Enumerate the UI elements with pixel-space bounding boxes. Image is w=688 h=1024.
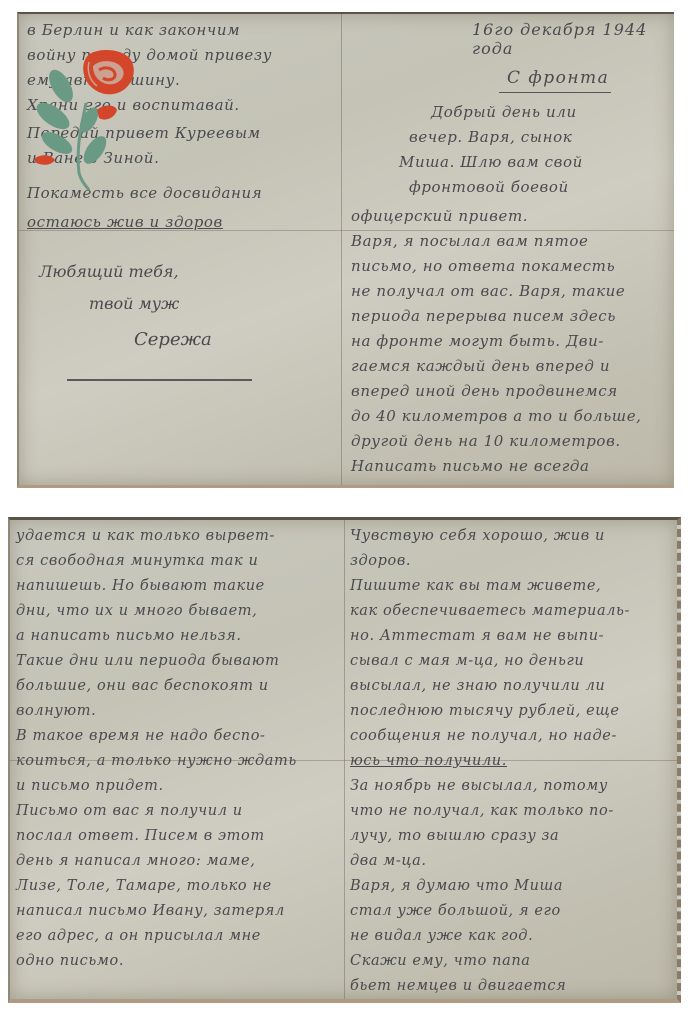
text-line: Чувствую себя хорошо, жив и <box>350 524 675 549</box>
text-line: письмо, но ответа покаместь <box>351 254 671 279</box>
heading-underline <box>499 92 611 93</box>
text-line: Добрый день или <box>409 100 669 125</box>
fold-line-vertical <box>341 14 342 485</box>
text-line: Письмо от вас я получил и <box>16 799 341 824</box>
text-line: но. Аттестат я вам не выпи- <box>350 624 675 649</box>
text-line: его адрес, а он присылал мне <box>16 924 341 949</box>
text-line: периода перерыва писем здесь <box>351 304 671 329</box>
text-line: стал уже большой, я его <box>350 899 675 924</box>
top-right-text-block: офицерский привет. Варя, я посылал вам п… <box>351 204 671 479</box>
text-line: большие, они вас беспокоят и <box>16 674 341 699</box>
bottom-right-text-block: Чувствую себя хорошо, жив и здоров. Пиши… <box>350 524 675 999</box>
text-line: высылал, не знаю получили ли <box>350 674 675 699</box>
text-line: вперед иной день продвинемся <box>351 379 671 404</box>
letter-page-bottom: удается и как только вырвет- ся свободна… <box>8 517 681 1003</box>
text-line: сывал с мая м-ца, но деньги <box>350 649 675 674</box>
text-line: послал ответ. Писем в этот <box>16 824 341 849</box>
text-line: одно письмо. <box>16 949 341 974</box>
letter-heading: С фронта <box>507 68 609 88</box>
text-line: до 40 километров а то и больше, <box>351 404 671 429</box>
text-line: удается и как только вырвет- <box>16 524 341 549</box>
text-line: два м-ца. <box>350 849 675 874</box>
bottom-left-text-block: удается и как только вырвет- ся свободна… <box>16 524 341 974</box>
text-line: фронтовой боевой <box>409 175 669 200</box>
signature-closing: Любящий тебя, <box>39 262 179 281</box>
text-line: ся свободная минутка так и <box>16 549 341 574</box>
signature-underline <box>67 379 252 381</box>
text-line: написал письмо Ивану, затерял <box>16 899 341 924</box>
text-line: В такое время не надо беспо- <box>16 724 341 749</box>
text-line: бьет немцев и двигается <box>350 974 675 999</box>
text-line: Написать письмо не всегда <box>351 454 671 479</box>
text-line: Пишите как вы там живете, <box>350 574 675 599</box>
rose-icon <box>31 48 141 193</box>
text-line: остаюсь жив и здоров <box>27 210 332 235</box>
text-line: Лизе, Толе, Тамаре, только не <box>16 874 341 899</box>
text-line: Скажи ему, что папа <box>350 949 675 974</box>
text-line: не видал уже как год. <box>350 924 675 949</box>
text-line: а написать письмо нельзя. <box>16 624 341 649</box>
text-line: офицерский привет. <box>351 204 671 229</box>
text-line: сообщения не получал, но наде- <box>350 724 675 749</box>
text-line: юсь что получили. <box>350 749 675 774</box>
text-line: Такие дни или периода бывают <box>16 649 341 674</box>
text-line: Варя, я посылал вам пятое <box>351 229 671 254</box>
letter-date: 16го декабря 1944 года <box>472 20 674 58</box>
text-line: лучу, то вышлю сразу за <box>350 824 675 849</box>
signature-name: Сережа <box>134 329 212 350</box>
text-line: на фронте могут быть. Дви- <box>351 329 671 354</box>
text-line: последнюю тысячу рублей, еще <box>350 699 675 724</box>
text-line: здоров. <box>350 549 675 574</box>
text-line: напишешь. Но бывают такие <box>16 574 341 599</box>
text-line: день я написал много: маме, <box>16 849 341 874</box>
letter-page-top: в Берлин и как закончим войну приеду дом… <box>17 12 674 488</box>
top-right-greeting: Добрый день или вечер. Варя, сынок Миша.… <box>409 100 669 200</box>
text-line: вечер. Варя, сынок <box>409 125 669 150</box>
text-line: Миша. Шлю вам свой <box>399 150 669 175</box>
text-line: не получал от вас. Варя, такие <box>351 279 671 304</box>
text-line: коиться, а только нужно ждать <box>16 749 341 774</box>
signature-relation: твой муж <box>89 294 179 313</box>
text-line: волнуют. <box>16 699 341 724</box>
text-line: в Берлин и как закончим <box>27 18 332 43</box>
text-line: гаемся каждый день вперед и <box>351 354 671 379</box>
text-line: что не получал, как только по- <box>350 799 675 824</box>
text-line: как обеспечиваетесь материаль- <box>350 599 675 624</box>
text-line: другой день на 10 километров. <box>351 429 671 454</box>
text-line: и письмо придет. <box>16 774 341 799</box>
text-line: Варя, я думаю что Миша <box>350 874 675 899</box>
text-line: дни, что их и много бывает, <box>16 599 341 624</box>
text-line: За ноябрь не высылал, потому <box>350 774 675 799</box>
